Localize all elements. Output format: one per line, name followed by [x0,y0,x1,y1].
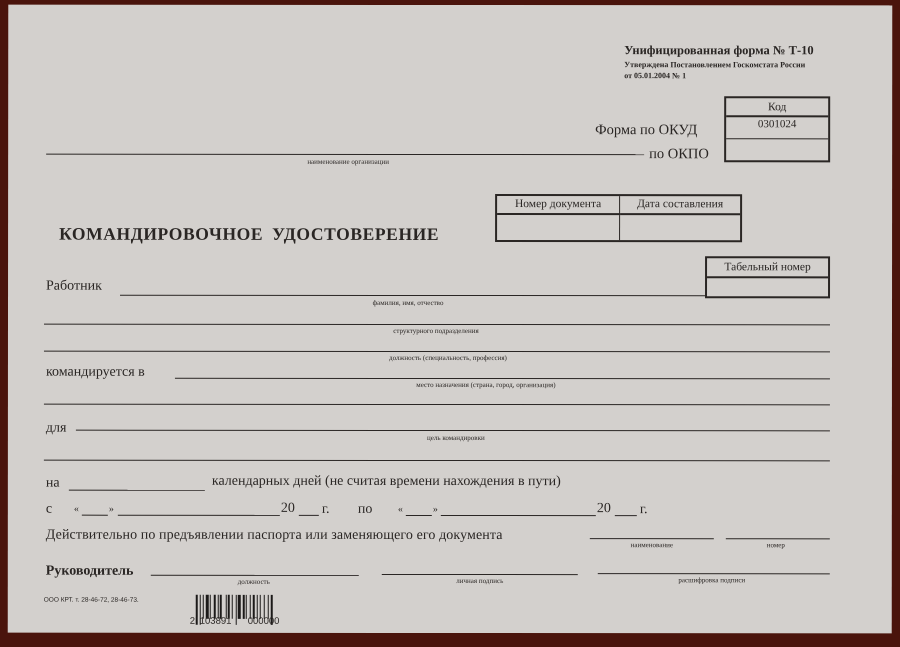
sent-to-label: командируется в [46,365,145,381]
tab-number-table: Табельный номер [705,256,830,298]
okpo-label: по ОКПО [649,146,709,163]
to-quote-open: « [398,504,403,515]
head-label: Руководитель [46,564,134,580]
to-year-suffix: г. [640,502,648,518]
barcode-digit-prefix: 2 [190,616,195,627]
head-decoding-field[interactable] [598,573,830,574]
id-doc-number-field[interactable] [726,538,830,539]
doc-number-header: Номер документа [497,196,620,215]
to-month-field[interactable] [441,515,596,516]
from-year-suffix: г. [322,502,330,518]
codes-header: Код [726,98,828,117]
approved-line-1: Утверждена Постановлением Госкомстата Ро… [624,60,805,69]
destination-field-2[interactable] [44,404,830,406]
okud-code-field[interactable]: 0301024 [726,117,828,139]
from-label: с [46,502,52,518]
head-position-field[interactable] [151,575,359,576]
tab-number-field[interactable] [707,278,828,296]
from-year-prefix: 20 [281,501,295,517]
from-quote-open: « [74,504,79,515]
purpose-label: для [46,421,67,437]
head-signature-caption: личная подпись [456,577,503,585]
unified-form-label: Унифицированная форма № Т-10 [624,43,813,58]
barcode-digits-right: 000000 [248,616,280,627]
from-quote-close: » [109,504,114,515]
barcode-digits-left: 103891 [200,616,232,627]
barcode: 2 103891 000000 [196,595,294,625]
from-month-field[interactable] [118,515,280,516]
printer-info: ООО КРТ. т. 28-46-72, 28-46-73. [44,597,139,604]
id-doc-number-caption: номер [767,541,785,549]
purpose-caption: цель командировки [427,434,485,442]
position-caption: должность (специальность, профессия) [389,354,507,362]
doc-date-header: Дата составления [620,196,740,215]
page-title: КОМАНДИРОВОЧНОЕ УДОСТОВЕРЕНИЕ [59,224,439,245]
employee-caption: фамилия, имя, отчество [373,299,444,307]
department-caption: структурного подразделения [393,327,478,335]
okpo-code-field[interactable] [726,139,828,160]
purpose-field[interactable] [76,430,830,432]
employee-label: Работник [46,279,102,295]
id-doc-name-field[interactable] [590,538,714,539]
duration-days-field[interactable] [69,490,205,491]
duration-prefix: на [46,476,60,492]
head-signature-field[interactable] [382,574,578,575]
doc-date-field[interactable] [620,215,740,240]
department-field[interactable] [44,324,830,326]
form-sheet: Унифицированная форма № Т-10 Утверждена … [8,5,893,634]
organization-field[interactable] [46,154,644,156]
head-position-caption: должность [238,578,270,586]
head-decoding-caption: расшифровка подписи [678,576,745,584]
to-quote-close: » [433,504,438,515]
to-day-field[interactable] [406,515,432,516]
position-field[interactable] [44,351,830,353]
to-year-prefix: 20 [597,501,611,517]
id-doc-name-caption: наименование [631,541,673,549]
from-day-field[interactable] [82,515,108,516]
validity-text: Действительно по предъявлении паспорта и… [46,528,503,544]
tab-number-header: Табельный номер [707,258,828,278]
codes-table: Код 0301024 [724,96,830,162]
okud-label: Форма по ОКУД [595,122,697,139]
purpose-field-2[interactable] [44,460,830,462]
document-table: Номер документа Дата составления [495,194,742,242]
to-label: по [358,502,373,518]
from-year-field[interactable] [299,515,319,516]
duration-suffix: календарных дней (не считая времени нахо… [212,474,561,490]
destination-field[interactable] [175,378,830,380]
employee-name-field[interactable] [120,295,706,297]
destination-caption: место назначения (страна, город, организ… [416,381,555,389]
approved-line-2: от 05.01.2004 № 1 [624,71,686,80]
organization-caption: наименование организации [307,158,389,166]
doc-number-field[interactable] [497,215,620,240]
to-year-field[interactable] [615,515,637,516]
